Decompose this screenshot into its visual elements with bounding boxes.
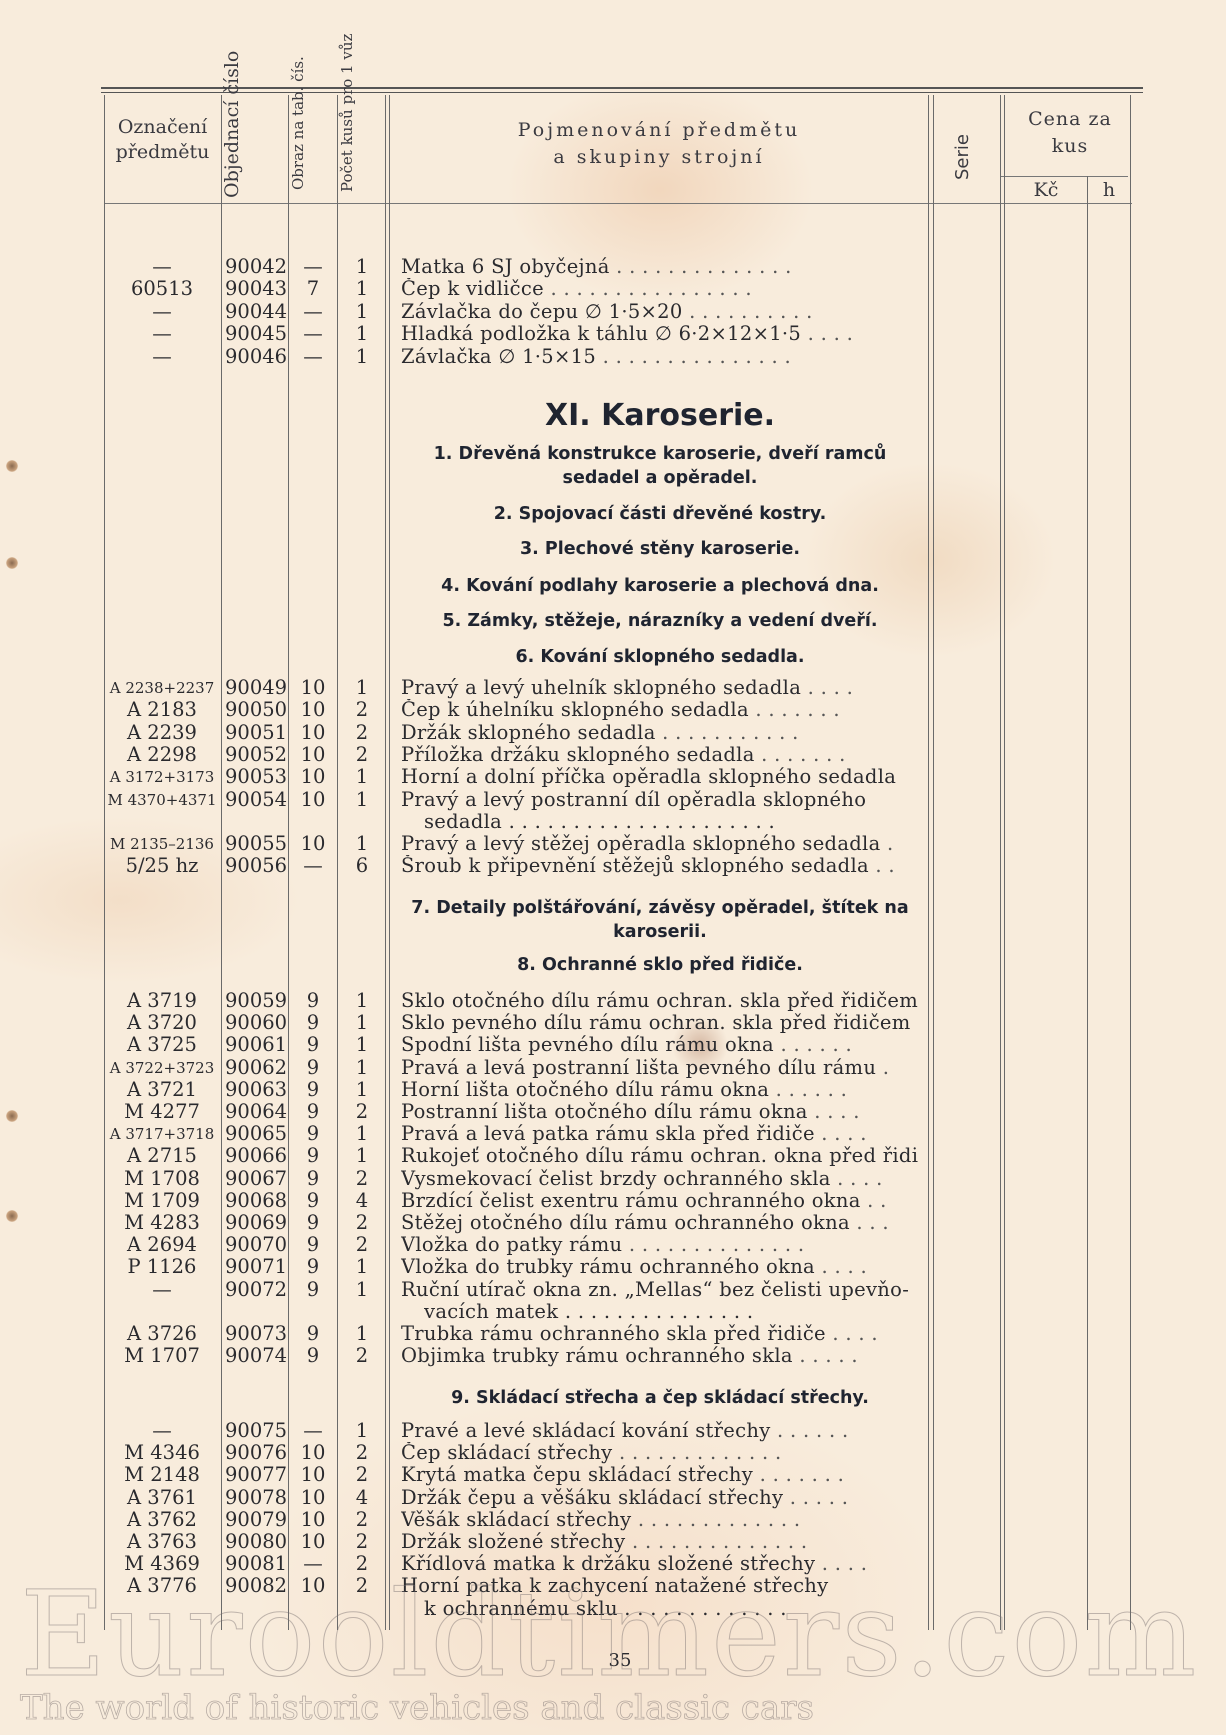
figure-number: — [290,1420,336,1442]
part-designation: A 3717+3718 [104,1123,220,1145]
quantity-per-car: 1 [338,1079,386,1101]
figure-number: 7 [290,278,336,300]
part-name: Pravá a levá patka rámu skla před řidiče… [401,1123,919,1145]
header-cena: Cena za kus [1020,106,1120,160]
part-name-text: Držák čepu a věšáku skládací střechy [401,1487,783,1509]
part-name-text: Sklo otočného dílu rámu ochran. skla pře… [401,990,918,1012]
quantity-per-car: 1 [338,990,386,1012]
table-row: A 376190078104Držák čepu a věšáku skláda… [0,1487,1226,1509]
quantity-per-car: 2 [338,1345,386,1367]
figure-number: 10 [290,699,336,721]
leader-dots: . [881,833,894,855]
order-number: 90054 [225,789,287,811]
quantity-per-car: 1 [338,1145,386,1167]
quantity-per-car: 1 [338,301,386,323]
order-number: 90071 [225,1256,287,1278]
part-name: Držák čepu a věšáku skládací střechy . .… [401,1487,919,1509]
table-row: 5/25 hz90056—6Šroub k připevnění stěžejů… [0,855,1226,877]
quantity-per-car: 2 [338,699,386,721]
part-designation: — [104,1279,220,1301]
quantity-per-car: 2 [338,1234,386,1256]
order-number: 90043 [225,278,287,300]
part-designation: A 3720 [104,1012,220,1034]
subsection-8: 8. Ochranné sklo před řidiče. [395,953,925,977]
leader-dots: . . . . [808,1101,860,1123]
order-number: 90066 [225,1145,287,1167]
watermark: Eurooldtimers.com [20,1565,1198,1703]
header-h: h [1088,178,1130,203]
table-row: M 42779006492Postranní lišta otočného dí… [0,1101,1226,1123]
quantity-per-car: 1 [338,1123,386,1145]
part-name: Rukojeť otočného dílu rámu ochran. okna … [401,1145,919,1167]
quantity-per-car: 1 [338,789,386,811]
watermark-tagline: The world of historic vehicles and class… [20,1688,814,1728]
order-number: 90060 [225,1012,287,1034]
quantity-per-car: 1 [338,677,386,699]
leader-dots: . . . . [801,677,853,699]
leader-dots: . . . . . . . . . . . . . [613,1442,782,1464]
part-designation: M 4346 [104,1442,220,1464]
part-name-text: Krytá matka čepu skládací střechy [401,1464,753,1486]
part-designation: P 1126 [104,1256,220,1278]
subsection-5: 5. Zámky, stěžeje, nárazníky a vedení dv… [395,609,925,633]
figure-number: 9 [290,1345,336,1367]
part-designation: A 3722+3723 [104,1057,220,1079]
quantity-per-car: 1 [338,278,386,300]
table-row: M 17079007492Objimka trubky rámu ochrann… [0,1345,1226,1367]
quantity-per-car: 4 [338,1487,386,1509]
quantity-per-car: 1 [338,323,386,345]
part-name-continuation: sedadla . . . . . . . . . . . . . . . . … [424,811,919,833]
order-number: 90053 [225,766,287,788]
figure-number: 10 [290,1464,336,1486]
figure-number: 9 [290,1034,336,1056]
part-designation: M 1708 [104,1168,220,1190]
order-number: 90046 [225,346,287,368]
part-name-text: Horní lišta otočného dílu rámu okna [401,1079,769,1101]
leader-dots: . . . . . . [774,1034,852,1056]
part-name: Pravý a levý postranní díl opěradla sklo… [401,789,919,811]
quantity-per-car: 2 [338,1509,386,1531]
part-designation: A 3719 [104,990,220,1012]
part-name: Krytá matka čepu skládací střechy . . . … [401,1464,919,1486]
part-name: Trubka rámu ochranného skla před řidiče … [401,1323,919,1345]
table-row: M 2135–213690055101Pravý a levý stěžej o… [0,833,1226,855]
table-row: M 42839006992Stěžej otočného dílu rámu o… [0,1212,1226,1234]
leader-dots: . . . . [801,323,853,345]
part-name-text: Pravý a levý uhelník sklopného sedadla [401,677,801,699]
order-number: 90064 [225,1101,287,1123]
order-number: 90061 [225,1034,287,1056]
order-number: 90079 [225,1509,287,1531]
quantity-per-car: 1 [338,1420,386,1442]
part-name: Objimka trubky rámu ochranného skla . . … [401,1345,919,1367]
part-name-text: Ruční utírač okna zn. „Mellas“ bez čelis… [401,1279,909,1301]
part-name-text: Držák sklopného sedadla [401,722,656,744]
part-designation: 5/25 hz [104,855,220,877]
part-designation: M 2135–2136 [104,833,220,855]
leader-dots: . . . . . [783,1487,848,1509]
order-number: 90074 [225,1345,287,1367]
part-name: Hladká podložka k táhlu ∅ 6·2×12×1·5 . .… [401,323,919,345]
part-name: Vysmekovací čelist brzdy ochranného skla… [401,1168,919,1190]
figure-number: — [290,855,336,877]
leader-dots: . . . . . [793,1345,858,1367]
figure-number: 9 [290,1057,336,1079]
figure-number: 9 [290,1234,336,1256]
quantity-per-car: 2 [338,744,386,766]
figure-number: 10 [290,677,336,699]
part-designation: A 3763 [104,1531,220,1553]
part-designation: M 2148 [104,1464,220,1486]
part-name: Pravý a levý uhelník sklopného sedadla .… [401,677,919,699]
part-designation: A 3762 [104,1509,220,1531]
order-number: 90056 [225,855,287,877]
part-designation: A 3726 [104,1323,220,1345]
figure-number: — [290,346,336,368]
subsection-7: 7. Detaily polštářování, závěsy opěradel… [400,896,920,944]
figure-number: 9 [290,1012,336,1034]
figure-number: — [290,256,336,278]
quantity-per-car: 1 [338,1012,386,1034]
table-row: M 214890077102Krytá matka čepu skládací … [0,1464,1226,1486]
table-row: A 26949007092Vložka do patky rámu . . . … [0,1234,1226,1256]
order-number: 90072 [225,1279,287,1301]
part-designation: M 1707 [104,1345,220,1367]
order-number: 90055 [225,833,287,855]
table-row: P 11269007191Vložka do trubky rámu ochra… [0,1256,1226,1278]
table-row: A 218390050102Čep k úhelníku sklopného s… [0,699,1226,721]
part-designation: — [104,256,220,278]
table-row: A 37219006391Horní lišta otočného dílu r… [0,1079,1226,1101]
part-designation: — [104,346,220,368]
quantity-per-car: 4 [338,1190,386,1212]
part-designation: A 3761 [104,1487,220,1509]
order-number: 90078 [225,1487,287,1509]
table-row: —90042—1Matka 6 SJ obyčejná . . . . . . … [0,256,1226,278]
leader-dots: . . . . . . . . . . . . . . . . [544,278,752,300]
part-name: Sklo otočného dílu rámu ochran. skla pře… [401,990,919,1012]
order-number: 90070 [225,1234,287,1256]
order-number: 90068 [225,1190,287,1212]
quantity-per-car: 1 [338,256,386,278]
table-row: —90045—1Hladká podložka k táhlu ∅ 6·2×12… [0,323,1226,345]
order-number: 90050 [225,699,287,721]
leader-dots: . . . . . . [769,1079,847,1101]
table-row: M 17089006792Vysmekovací čelist brzdy oc… [0,1168,1226,1190]
part-designation: A 3172+3173 [104,766,220,788]
leader-dots: . . . . . . . [749,699,840,721]
part-designation: — [104,1420,220,1442]
figure-number: 9 [290,1190,336,1212]
figure-number: 9 [290,1323,336,1345]
part-name: Pravé a levé skládací kování střechy . .… [401,1420,919,1442]
part-name-text: Postranní lišta otočného dílu rámu okna [401,1101,808,1123]
part-name-text: Hladká podložka k táhlu ∅ 6·2×12×1·5 [401,323,801,345]
part-name: Vložka do trubky rámu ochranného okna . … [401,1256,919,1278]
quantity-per-car: 2 [338,1168,386,1190]
part-designation: M 1709 [104,1190,220,1212]
figure-number: 9 [290,1279,336,1301]
catalog-page: Označení předmětu Objednací číslo Obraz … [0,0,1226,1735]
header-obraz: Obraz na tab. čís. [290,95,307,190]
order-number: 90044 [225,301,287,323]
order-number: 90065 [225,1123,287,1145]
part-name: Horní a dolní příčka opěradla sklopného … [401,766,919,788]
table-row: M 4370+437190054101Pravý a levý postrann… [0,789,1226,811]
part-name-text: Šroub k připevnění stěžejů sklopného sed… [401,855,869,877]
header-serie: Serie [953,122,973,192]
part-designation: A 2238+2237 [104,677,220,699]
part-name-text: Čep skládací střechy [401,1442,613,1464]
part-designation: A 3725 [104,1034,220,1056]
table-row: —9007291Ruční utírač okna zn. „Mellas“ b… [0,1279,1226,1301]
order-number: 90049 [225,677,287,699]
table-row: —90046—1Závlačka ∅ 1·5×15 . . . . . . . … [0,346,1226,368]
table-row: A 3717+37189006591Pravá a levá patka rám… [0,1123,1226,1145]
figure-number: 10 [290,1487,336,1509]
part-name-text: Objimka trubky rámu ochranného skla [401,1345,793,1367]
leader-dots: . . . . . . . . . . . . . . [625,1531,807,1553]
order-number: 90067 [225,1168,287,1190]
part-name-text: Vysmekovací čelist brzdy ochranného skla [401,1168,831,1190]
part-name-text: Držák složené střechy [401,1531,625,1553]
header-oznaceni: Označení předmětu [106,115,219,164]
part-name-text: Vložka do patky rámu [401,1234,622,1256]
table-row: A 223990051102Držák sklopného sedadla . … [0,722,1226,744]
subsection-1: 1. Dřevěná konstrukce karoserie, dveří r… [400,442,920,490]
part-name-text: Vložka do trubky rámu ochranného okna [401,1256,815,1278]
table-row: A 376290079102Věšák skládací střechy . .… [0,1509,1226,1531]
figure-number: 9 [290,990,336,1012]
part-name-text: Rukojeť otočného dílu rámu ochran. okna … [401,1145,919,1167]
figure-number: — [290,323,336,345]
part-designation: A 3721 [104,1079,220,1101]
part-name: Závlačka do čepu ∅ 1·5×20 . . . . . . . … [401,301,919,323]
part-name-text: Trubka rámu ochranného skla před řidiče [401,1323,826,1345]
part-name-text: Pravý a levý stěžej opěradla sklopného s… [401,833,881,855]
part-name-text: Stěžej otočného dílu rámu ochranného okn… [401,1212,850,1234]
order-number: 90063 [225,1079,287,1101]
section-title: XI. Karoserie. [390,398,930,433]
order-number: 90080 [225,1531,287,1553]
table-row: A 3172+317390053101Horní a dolní příčka … [0,766,1226,788]
part-name-text: Pravá a levá patka rámu skla před řidiče [401,1123,815,1145]
table-row: A 37269007391Trubka rámu ochranného skla… [0,1323,1226,1345]
figure-number: 9 [290,1101,336,1123]
part-name-text: Závlačka ∅ 1·5×15 [401,346,596,368]
price-subrule [1000,176,1128,177]
figure-number: 9 [290,1123,336,1145]
part-designation: — [104,323,220,345]
figure-number: 9 [290,1168,336,1190]
leader-dots: . . . . . . . [753,1464,844,1486]
header-pocet: Počet kusů pro 1 vůz [339,94,356,192]
part-name-text: Pravá a levá postranní lišta pevného díl… [401,1057,876,1079]
figure-number: 10 [290,766,336,788]
leader-dots: . . [869,855,895,877]
part-name: Držák sklopného sedadla . . . . . . . . … [401,722,919,744]
order-number: 90073 [225,1323,287,1345]
order-number: 90075 [225,1420,287,1442]
part-name: Ruční utírač okna zn. „Mellas“ bez čelis… [401,1279,919,1301]
part-designation: M 4277 [104,1101,220,1123]
leader-dots: . . . [850,1212,889,1234]
leader-dots: . . . . . . [771,1420,849,1442]
quantity-per-car: 1 [338,833,386,855]
quantity-per-car: 1 [338,766,386,788]
leader-dots: . . . . . . . . . . . . . . . [596,346,791,368]
order-number: 90042 [225,256,287,278]
figure-number: 10 [290,744,336,766]
part-name: Čep skládací střechy . . . . . . . . . .… [401,1442,919,1464]
header-kc: Kč [1005,178,1087,203]
part-name: Spodní lišta pevného dílu rámu okna . . … [401,1034,919,1056]
table-row: A 37209006091Sklo pevného dílu rámu ochr… [0,1012,1226,1034]
subsection-4: 4. Kování podlahy karoserie a plechová d… [395,574,925,598]
leader-dots: . . . . . . . . . . . . . . [622,1234,804,1256]
part-designation: — [104,301,220,323]
figure-number: 9 [290,1145,336,1167]
leader-dots: . . . . . . . . . . . [656,722,799,744]
order-number: 90059 [225,990,287,1012]
table-row: A 2238+223790049101Pravý a levý uhelník … [0,677,1226,699]
figure-number: 9 [290,1079,336,1101]
table-row: —90075—1Pravé a levé skládací kování stř… [0,1420,1226,1442]
subsection-3: 3. Plechové stěny karoserie. [395,537,925,561]
table-row: A 376390080102Držák složené střechy . . … [0,1531,1226,1553]
subsection-6: 6. Kování sklopného sedadla. [395,645,925,669]
part-name: Vložka do patky rámu . . . . . . . . . .… [401,1234,919,1256]
part-name: Čep k vidličce . . . . . . . . . . . . .… [401,278,919,300]
col-line [1087,176,1088,1630]
subsection-2: 2. Spojovací části dřevěné kostry. [395,502,925,526]
header-pojmenovani-2: a skupiny strojní [392,145,926,170]
part-name: Čep k úhelníku sklopného sedadla . . . .… [401,699,919,721]
order-number: 90062 [225,1057,287,1079]
table-row: M 434690076102Čep skládací střechy . . .… [0,1442,1226,1464]
part-name-text: Příložka držáku sklopného sedadla [401,744,755,766]
quantity-per-car: 2 [338,1442,386,1464]
leader-dots: . . . . . . . . . . . . . . [610,256,792,278]
leader-dots: . . . . . . . . . . [683,301,813,323]
table-row: A 37259006191Spodní lišta pevného dílu r… [0,1034,1226,1056]
part-name-text: Čep k úhelníku sklopného sedadla [401,699,749,721]
table-row: 605139004371Čep k vidličce . . . . . . .… [0,278,1226,300]
part-name-text: Spodní lišta pevného dílu rámu okna [401,1034,774,1056]
leader-dots: . . [861,1190,887,1212]
part-name: Postranní lišta otočného dílu rámu okna … [401,1101,919,1123]
table-row: A 27159006691Rukojeť otočného dílu rámu … [0,1145,1226,1167]
order-number: 90076 [225,1442,287,1464]
part-name-text: Věšák skládací střechy [401,1509,631,1531]
leader-dots: . . . . . . . . . . . . . [631,1509,800,1531]
binding-hole [6,557,18,569]
header-pojmenovani-1: Pojmenování předmětu [392,118,926,143]
part-name-continuation: vacích matek . . . . . . . . . . . . . .… [424,1301,919,1323]
figure-number: 9 [290,1212,336,1234]
part-name: Brzdící čelist exentru rámu ochranného o… [401,1190,919,1212]
part-name-text: Závlačka do čepu ∅ 1·5×20 [401,301,683,323]
leader-dots: . . . . [815,1123,867,1145]
part-designation: A 2715 [104,1145,220,1167]
quantity-per-car: 1 [338,346,386,368]
part-name: Matka 6 SJ obyčejná . . . . . . . . . . … [401,256,919,278]
order-number: 90051 [225,722,287,744]
table-row: A 229890052102Příložka držáku sklopného … [0,744,1226,766]
order-number: 90069 [225,1212,287,1234]
part-designation: A 2694 [104,1234,220,1256]
part-name: Horní lišta otočného dílu rámu okna . . … [401,1079,919,1101]
quantity-per-car: 1 [338,1256,386,1278]
part-designation: M 4370+4371 [104,789,220,811]
part-name-text: Sklo pevného dílu rámu ochran. skla před… [401,1012,911,1034]
figure-number: 10 [290,1442,336,1464]
quantity-per-car: 6 [338,855,386,877]
table-row: A 3722+37239006291Pravá a levá postranní… [0,1057,1226,1079]
part-name-text: Pravé a levé skládací kování střechy [401,1420,771,1442]
quantity-per-car: 2 [338,1212,386,1234]
part-name-text: Pravý a levý postranní díl opěradla sklo… [401,789,866,811]
top-rule [101,87,1143,89]
part-designation: 60513 [104,278,220,300]
part-name-text: Matka 6 SJ obyčejná [401,256,610,278]
part-designation: A 2298 [104,744,220,766]
table-row: A 37199005991Sklo otočného dílu rámu och… [0,990,1226,1012]
figure-number: 10 [290,722,336,744]
figure-number: 10 [290,1509,336,1531]
part-name: Pravá a levá postranní lišta pevného díl… [401,1057,919,1079]
quantity-per-car: 1 [338,1057,386,1079]
part-name: Šroub k připevnění stěžejů sklopného sed… [401,855,919,877]
top-rule-thin [101,92,1143,93]
part-name-text: Horní a dolní příčka opěradla sklopného … [401,766,896,788]
header-objednaci: Objednací číslo [222,94,243,198]
leader-dots: . . . . [826,1323,878,1345]
figure-number: 10 [290,833,336,855]
order-number: 90052 [225,744,287,766]
quantity-per-car: 2 [338,722,386,744]
quantity-per-car: 1 [338,1034,386,1056]
binding-hole [6,460,18,472]
part-name: Věšák skládací střechy . . . . . . . . .… [401,1509,919,1531]
part-name: Závlačka ∅ 1·5×15 . . . . . . . . . . . … [401,346,919,368]
order-number: 90077 [225,1464,287,1486]
leader-dots: . . . . [831,1168,883,1190]
part-name: Stěžej otočného dílu rámu ochranného okn… [401,1212,919,1234]
subsection-9: 9. Skládací střecha a čep skládací střec… [395,1386,925,1410]
leader-dots: . . . . . . . [755,744,846,766]
part-designation: A 2183 [104,699,220,721]
quantity-per-car: 1 [338,1323,386,1345]
table-row: M 17099006894Brzdící čelist exentru rámu… [0,1190,1226,1212]
table-row: —90044—1Závlačka do čepu ∅ 1·5×20 . . . … [0,301,1226,323]
figure-number: 10 [290,1531,336,1553]
quantity-per-car: 2 [338,1464,386,1486]
quantity-per-car: 2 [338,1531,386,1553]
figure-number: 9 [290,1256,336,1278]
part-name-text: Čep k vidličce [401,278,544,300]
quantity-per-car: 2 [338,1101,386,1123]
order-number: 90045 [225,323,287,345]
part-name: Sklo pevného dílu rámu ochran. skla před… [401,1012,919,1034]
figure-number: — [290,301,336,323]
part-name-text: Brzdící čelist exentru rámu ochranného o… [401,1190,861,1212]
header-rule [104,203,1132,204]
leader-dots: . . . . [815,1256,867,1278]
part-name: Příložka držáku sklopného sedadla . . . … [401,744,919,766]
part-name: Držák složené střechy . . . . . . . . . … [401,1531,919,1553]
